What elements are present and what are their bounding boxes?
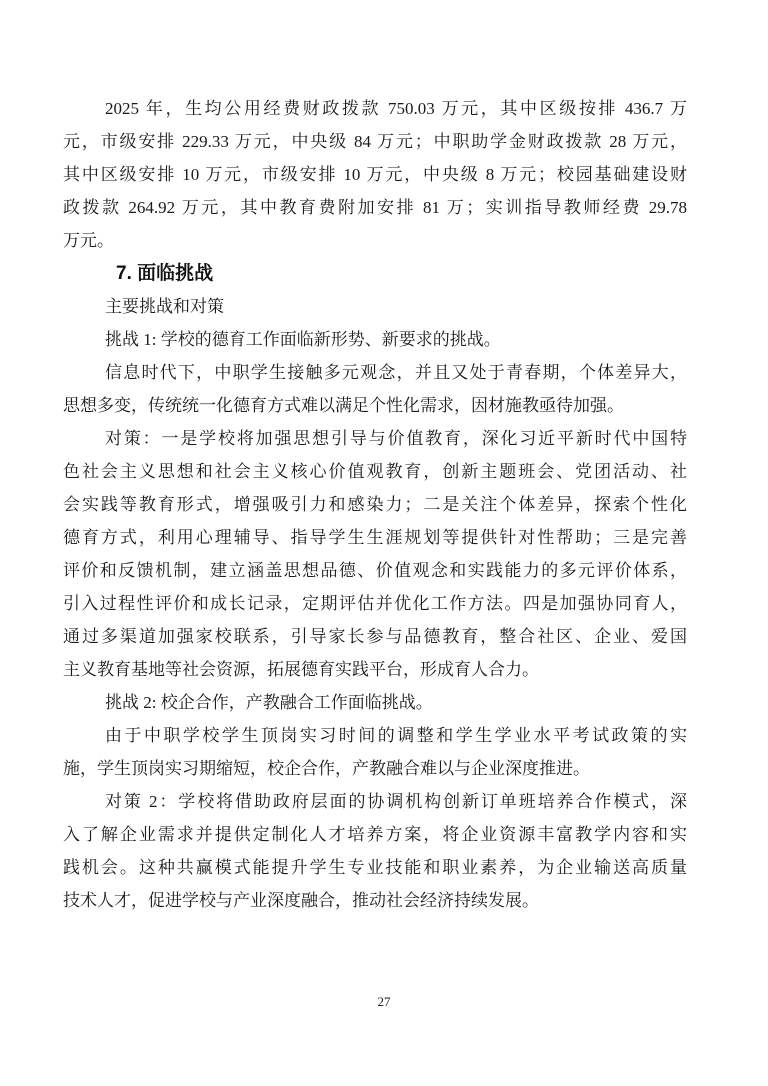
document-page: 2025 年，生均公用经费财政拨款 750.03 万元，其中区级按排 436.7… — [0, 0, 768, 1086]
text-line: 主义教育基地等社会资源，拓展德育实践平台，形成育人合力。 — [63, 653, 687, 686]
document-body: 2025 年，生均公用经费财政拨款 750.03 万元，其中区级按排 436.7… — [63, 92, 687, 917]
text-line: 信息时代下，中职学生接触多元观念，并且又处于青春期，个体差异大， — [63, 356, 687, 389]
text-line: 会实践等教育形式，增强吸引力和感染力；二是关注个体差异，探索个性化 — [63, 488, 687, 521]
text-line: 色社会主义思想和社会主义核心价值观教育，创新主题班会、党团活动、社 — [63, 455, 687, 488]
text-line: 其中区级安排 10 万元，市级安排 10 万元，中央级 8 万元；校园基础建设财 — [63, 158, 687, 191]
text-line: 万元。 — [63, 224, 687, 257]
text-line: 通过多渠道加强家校联系，引导家长参与品德教育，整合社区、企业、爱国 — [63, 620, 687, 653]
text-line: 2025 年，生均公用经费财政拨款 750.03 万元，其中区级按排 436.7… — [63, 92, 687, 125]
text-line: 践机会。这种共赢模式能提升学生专业技能和职业素养，为企业输送高质量 — [63, 851, 687, 884]
text-line: 德育方式，利用心理辅导、指导学生生涯规划等提供针对性帮助；三是完善 — [63, 521, 687, 554]
paragraph: 主要挑战和对策 — [63, 290, 687, 323]
text-line: 技术人才，促进学校与产业深度融合，推动社会经济持续发展。 — [63, 884, 687, 917]
text-line: 主要挑战和对策 — [63, 290, 687, 323]
page-number: 27 — [0, 994, 768, 1010]
text-line: 元，市级安排 229.33 万元，中央级 84 万元；中职助学金财政拨款 28 … — [63, 125, 687, 158]
text-line: 挑战 1: 学校的德育工作面临新形势、新要求的挑战。 — [63, 323, 687, 356]
paragraph: 对策 2：学校将借助政府层面的协调机构创新订单班培养合作模式，深入了解企业需求并… — [63, 785, 687, 917]
text-line: 评价和反馈机制，建立涵盖思想品德、价值观念和实践能力的多元评价体系， — [63, 554, 687, 587]
paragraph: 由于中职学校学生顶岗实习时间的调整和学生学业水平考试政策的实施，学生顶岗实习期缩… — [63, 719, 687, 785]
text-line: 思想多变，传统统一化德育方式难以满足个性化需求，因材施教亟待加强。 — [63, 389, 687, 422]
text-line: 引入过程性评价和成长记录，定期评估并优化工作方法。四是加强协同育人， — [63, 587, 687, 620]
text-line: 入了解企业需求并提供定制化人才培养方案，将企业资源丰富教学内容和实 — [63, 818, 687, 851]
text-line: 对策 2：学校将借助政府层面的协调机构创新订单班培养合作模式，深 — [63, 785, 687, 818]
paragraph: 2025 年，生均公用经费财政拨款 750.03 万元，其中区级按排 436.7… — [63, 92, 687, 257]
paragraph: 对策：一是学校将加强思想引导与价值教育，深化习近平新时代中国特色社会主义思想和社… — [63, 422, 687, 686]
paragraph: 挑战 1: 学校的德育工作面临新形势、新要求的挑战。 — [63, 323, 687, 356]
text-line: 施，学生顶岗实习期缩短，校企合作，产教融合难以与企业深度推进。 — [63, 752, 687, 785]
paragraph: 信息时代下，中职学生接触多元观念，并且又处于青春期，个体差异大，思想多变，传统统… — [63, 356, 687, 422]
text-line: 挑战 2: 校企合作，产教融合工作面临挑战。 — [63, 686, 687, 719]
text-line: 对策：一是学校将加强思想引导与价值教育，深化习近平新时代中国特 — [63, 422, 687, 455]
text-line: 由于中职学校学生顶岗实习时间的调整和学生学业水平考试政策的实 — [63, 719, 687, 752]
section-heading: 7. 面临挑战 — [63, 257, 687, 290]
paragraph: 挑战 2: 校企合作，产教融合工作面临挑战。 — [63, 686, 687, 719]
text-line: 政拨款 264.92 万元，其中教育费附加安排 81 万；实训指导教师经费 29… — [63, 191, 687, 224]
